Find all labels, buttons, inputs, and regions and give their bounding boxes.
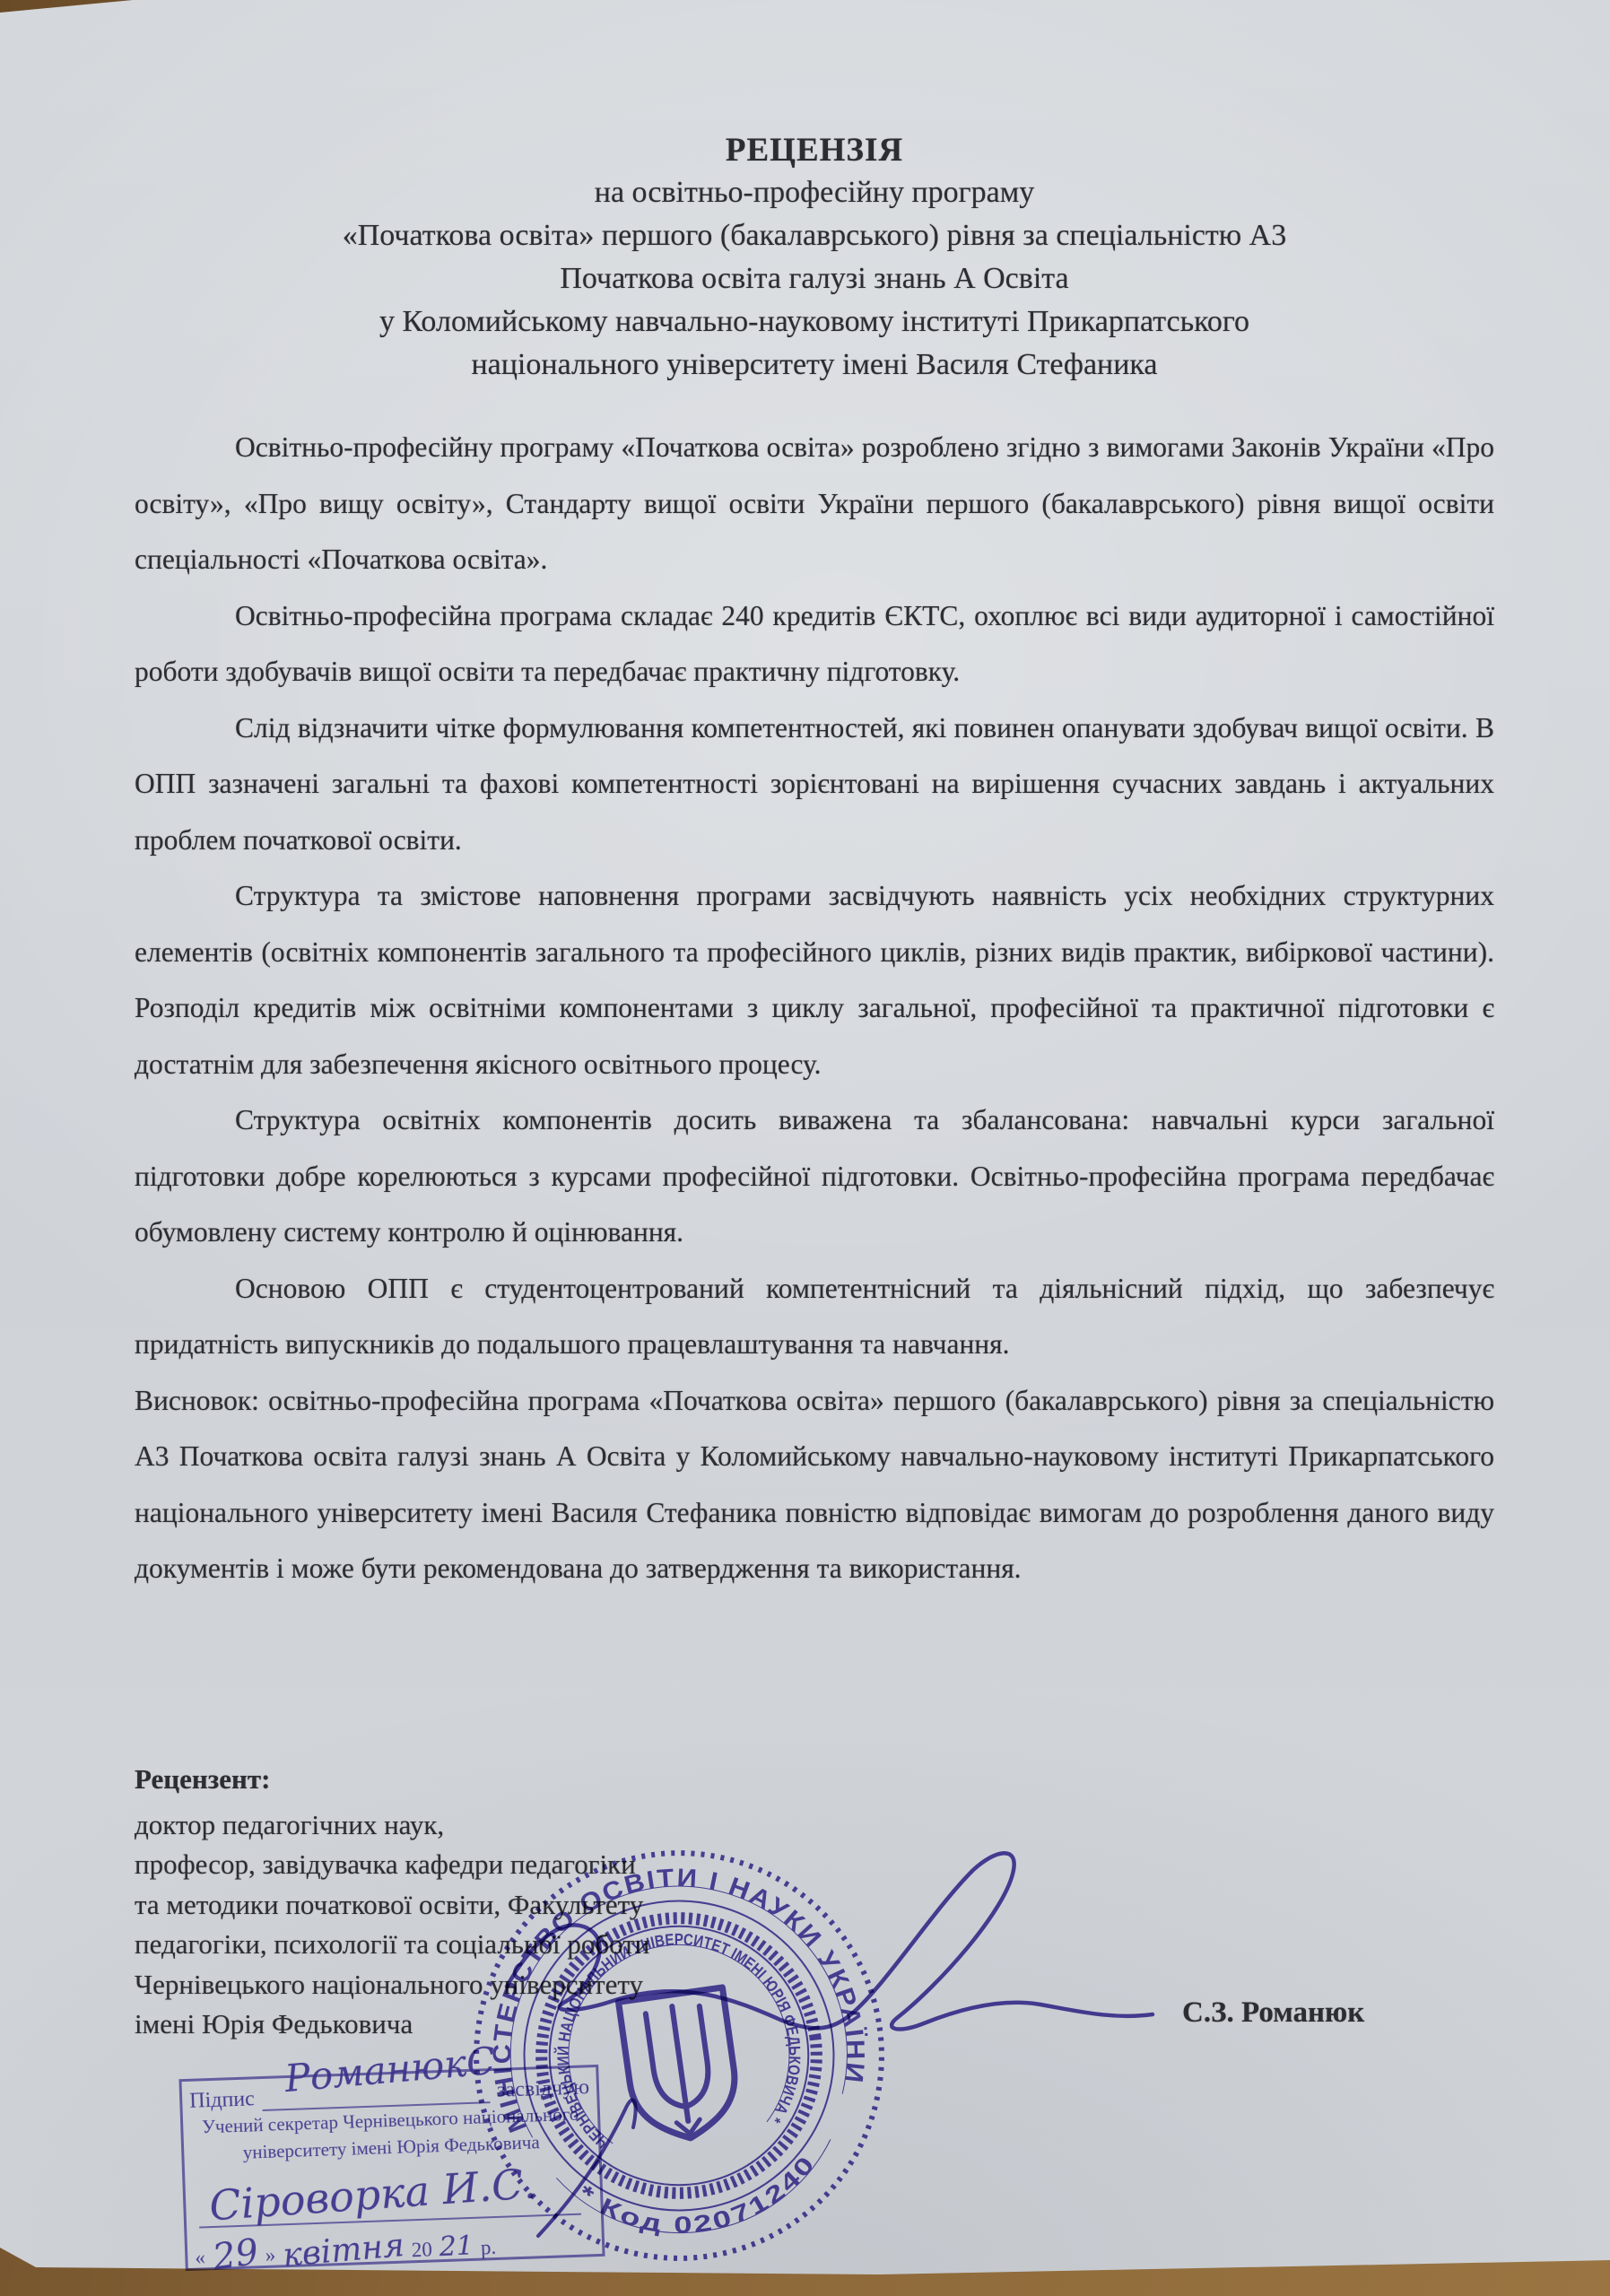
quote-close: » — [265, 2244, 275, 2267]
document-body: Освітньо-професійну програму «Початкова … — [135, 420, 1494, 1597]
header-line: на освітньо-професійну програму — [135, 176, 1494, 210]
body-paragraph: Слід відзначити чітке формулювання компе… — [135, 700, 1494, 869]
conclusion-paragraph: Висновок: освітньо-професійна програма «… — [135, 1373, 1494, 1597]
header-line: у Коломийському навчально-науковому інст… — [135, 305, 1494, 339]
quote-open: « — [195, 2246, 205, 2269]
university-round-seal: МІНІСТЕРСТВО ОСВІТИ І НАУКИ УКРАЇНИ * Ко… — [466, 1843, 892, 2268]
body-paragraph: Освітньо-професійна програма складає 240… — [135, 588, 1494, 700]
body-paragraph: Основою ОПП є студентоцентрований компет… — [135, 1261, 1494, 1373]
signature-label: Підпис — [189, 2087, 255, 2114]
header-line: «Початкова освіта» першого (бакалаврсько… — [135, 219, 1494, 253]
handwritten-day: 29 — [210, 2231, 261, 2279]
scanned-review-document: { "document": { "header": { "title": "РЕ… — [0, 0, 1610, 2296]
header-line: Початкова освіта галузі знань А Освіта — [135, 262, 1494, 296]
body-paragraph: Структура освітніх компонентів досить ви… — [135, 1092, 1494, 1261]
reviewer-name: С.З. Романюк — [1182, 1996, 1364, 2030]
svg-text:* Код 02071240: * Код 02071240 — [570, 2147, 829, 2255]
body-paragraph: Структура та змістове наповнення програм… — [135, 868, 1494, 1092]
year-prefix: 20 — [411, 2239, 432, 2263]
seal-code-text: * Код 02071240 — [570, 2147, 829, 2255]
header-line: національного університету імені Василя … — [135, 348, 1494, 382]
ukraine-trident-icon — [619, 1987, 743, 2145]
body-paragraph: Освітньо-професійну програму «Початкова … — [135, 420, 1494, 588]
reviewer-label: Рецензент: — [135, 1760, 834, 1800]
page-title: РЕЦЕНЗІЯ — [135, 131, 1494, 170]
reviewer-line: доктор педагогічних наук, — [135, 1805, 834, 1846]
